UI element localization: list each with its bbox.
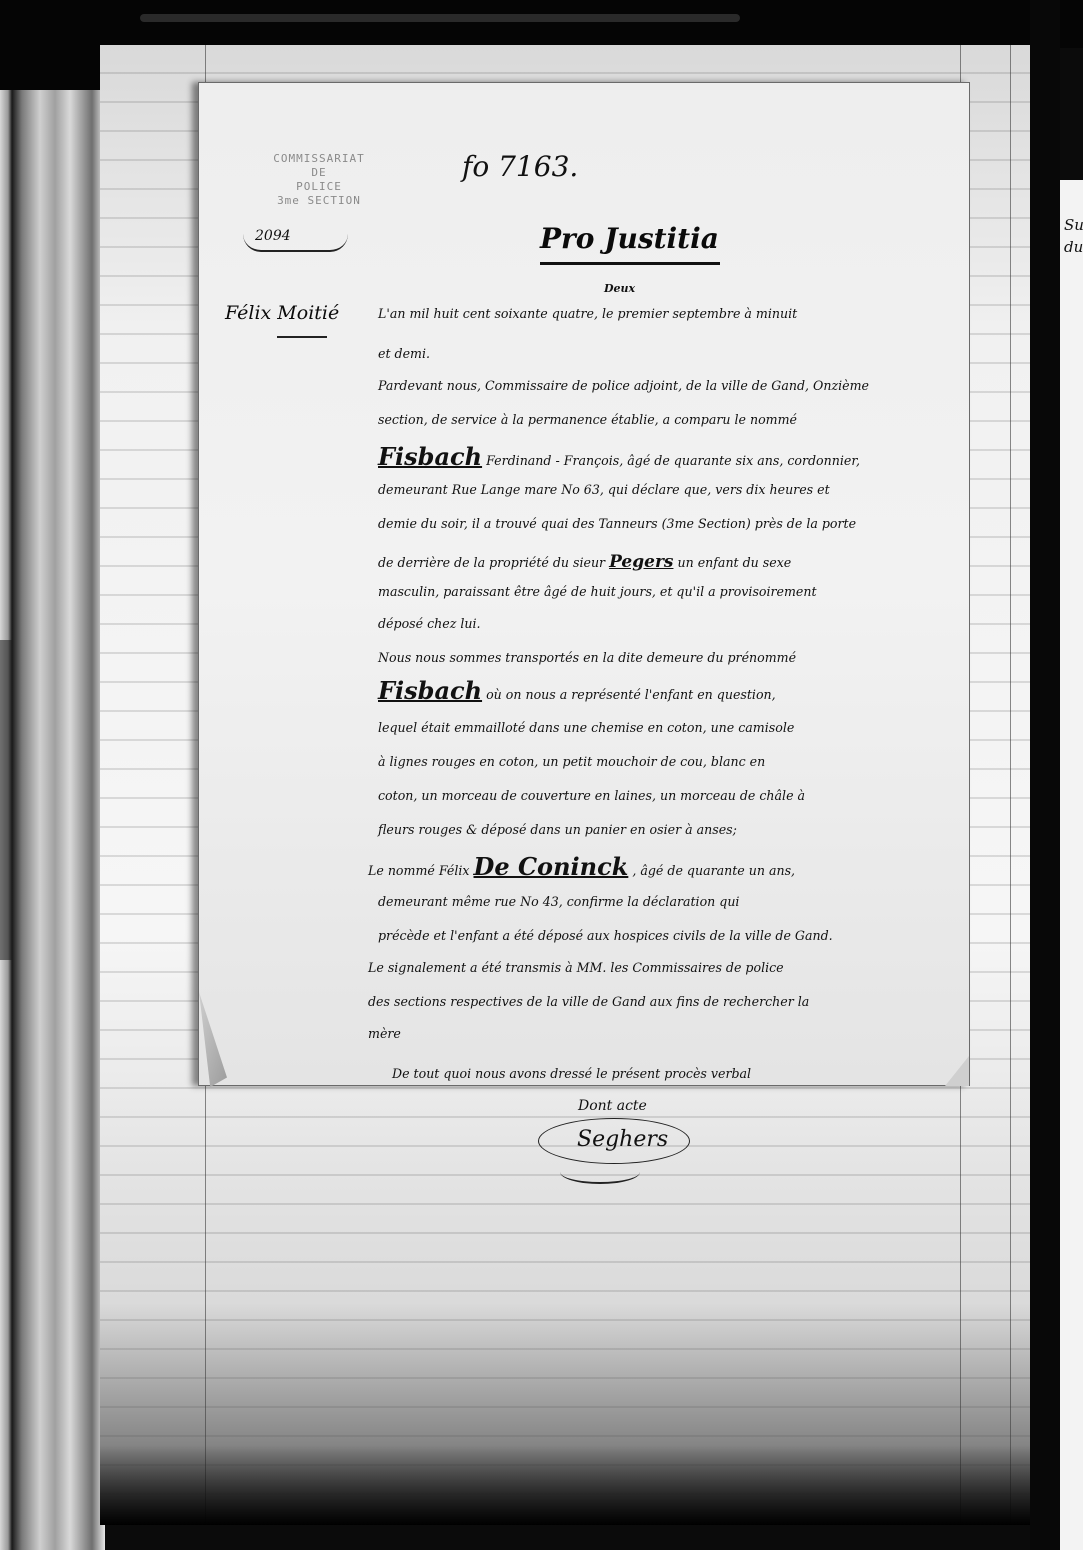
commissariat-stamp: COMMISSARIAT DE POLICE 3me SECTION: [254, 152, 384, 208]
body-line: L'an mil huit cent soixante quatre, le p…: [378, 306, 797, 321]
emphasized-name: Pegers: [609, 552, 673, 572]
body-line: et demi.: [378, 346, 430, 361]
signature-text: Seghers: [577, 1127, 668, 1152]
interlinear-correction: Deux: [604, 282, 635, 295]
body-line: demeurant même rue No 43, confirme la dé…: [378, 894, 739, 909]
left-top-shadow: [0, 0, 105, 90]
emphasized-name: Fisbach: [378, 442, 482, 471]
body-line: Nous nous sommes transportés en la dite …: [378, 650, 796, 665]
folded-corner-left: [199, 992, 227, 1087]
body-line: déposé chez lui.: [378, 616, 481, 631]
document-title: Pro Justitia: [540, 222, 719, 255]
left-binding-edge: [0, 0, 105, 1550]
body-line-text: Ferdinand - François, âgé de quarante si…: [486, 453, 860, 468]
stamp-line: DE: [254, 166, 384, 180]
body-line: Le nommé Félix De Coninck , âgé de quara…: [368, 852, 795, 881]
body-line-text: Le nommé Félix: [368, 863, 474, 878]
body-line: de derrière de la propriété du sieur Peg…: [378, 552, 791, 572]
body-line: à lignes rouges en coton, un petit mouch…: [378, 754, 765, 769]
body-line: mère: [368, 1026, 401, 1041]
reference-number-text: 2094: [255, 228, 291, 244]
body-line-text: , âgé de quarante un ans,: [632, 863, 795, 878]
body-line: fleurs rouges & déposé dans un panier en…: [378, 822, 737, 837]
body-line-text: où on nous a représenté l'enfant en ques…: [486, 687, 776, 702]
signature-flourish-icon: [560, 1160, 640, 1184]
signature: Seghers: [538, 1118, 690, 1164]
body-line: Fisbach où on nous a représenté l'enfant…: [378, 676, 776, 705]
scan-streak: [140, 14, 740, 22]
body-line: demeurant Rue Lange mare No 63, qui décl…: [378, 482, 830, 497]
body-line-text: de derrière de la propriété du sieur: [378, 555, 609, 570]
stamp-line: COMMISSARIAT: [254, 152, 384, 166]
title-underline: [540, 262, 720, 265]
right-page-text: Su: [1064, 216, 1083, 234]
body-line: Fisbach Ferdinand - François, âgé de qua…: [378, 442, 860, 471]
body-line-text: un enfant du sexe: [677, 555, 791, 570]
body-line: lequel était emmailloté dans une chemise…: [378, 720, 794, 735]
dont-acte: Dont acte: [578, 1098, 647, 1114]
folded-corner-right: [945, 1056, 969, 1086]
body-line: demie du soir, il a trouvé quai des Tann…: [378, 516, 856, 531]
ledger-bottom-shadow: [100, 1445, 1040, 1525]
reference-number: 2094: [255, 228, 348, 252]
stamp-line: 3me SECTION: [254, 194, 384, 208]
right-page-fragment: Su du: [1060, 180, 1083, 1550]
body-line: coton, un morceau de couverture en laine…: [378, 788, 805, 803]
closing-statement: De tout quoi nous avons dressé le présen…: [392, 1066, 751, 1081]
folio-number: fo 7163.: [462, 150, 578, 183]
scan-top-shadow: [0, 0, 1083, 48]
margin-name: Félix Moitié: [225, 302, 339, 324]
body-line: section, de service à la permanence étab…: [378, 412, 797, 427]
body-line: Pardevant nous, Commissaire de police ad…: [378, 378, 869, 393]
ledger-rule: [1010, 45, 1011, 1525]
stamp-line: POLICE: [254, 180, 384, 194]
emphasized-name: Fisbach: [378, 676, 482, 705]
emphasized-name: De Coninck: [474, 852, 629, 881]
right-page-text: du: [1064, 238, 1083, 256]
left-margin-writing: [0, 640, 12, 960]
body-line: Le signalement a été transmis à MM. les …: [368, 960, 784, 975]
right-binding-gutter: [1030, 0, 1060, 1550]
body-line: des sections respectives de la ville de …: [368, 994, 809, 1009]
margin-name-underline: [277, 336, 327, 338]
body-line: masculin, paraissant être âgé de huit jo…: [378, 584, 817, 599]
body-line: précède et l'enfant a été déposé aux hos…: [378, 928, 833, 943]
